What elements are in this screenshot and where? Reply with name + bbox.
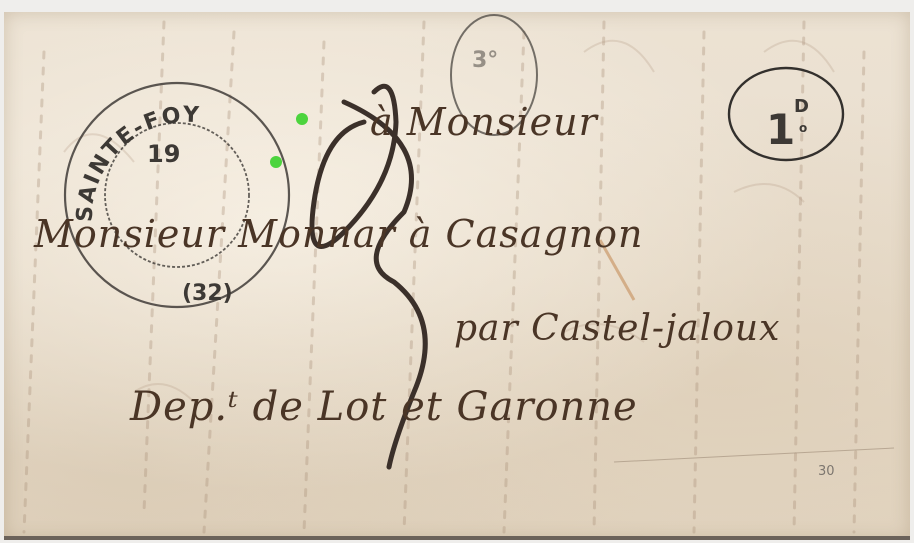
manuscript-postage-due bbox=[4, 12, 910, 540]
marker-dot bbox=[296, 113, 308, 125]
address-line-1: à Monsieur bbox=[370, 100, 598, 144]
marker-dot bbox=[270, 156, 282, 168]
address-line-2: Monsieur Monnar à Casagnon bbox=[34, 212, 644, 256]
pencil-note: 30 bbox=[818, 464, 835, 479]
address-line-4: Dep.ᵗ de Lot et Garonne bbox=[130, 384, 638, 430]
address-line-3: par Castel-jaloux bbox=[454, 308, 780, 349]
letter-cover: SAINTE-FOY 19 (32) 3° 1 D o à Monsieur M… bbox=[4, 12, 910, 540]
